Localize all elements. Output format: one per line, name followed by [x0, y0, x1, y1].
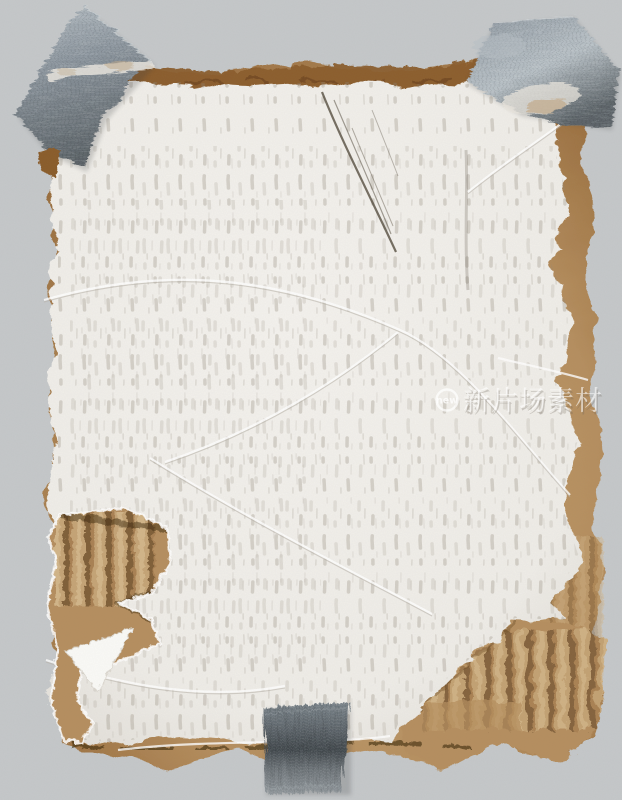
cardboard-paper-scene: 新片场素材 new 新片场素材 — [0, 0, 622, 800]
watermark-text: 新片场素材 — [463, 386, 603, 417]
stock-photo-canvas: 新片场素材 new 新片场素材 — [0, 0, 622, 800]
watermark-logo-text: new — [436, 396, 458, 407]
